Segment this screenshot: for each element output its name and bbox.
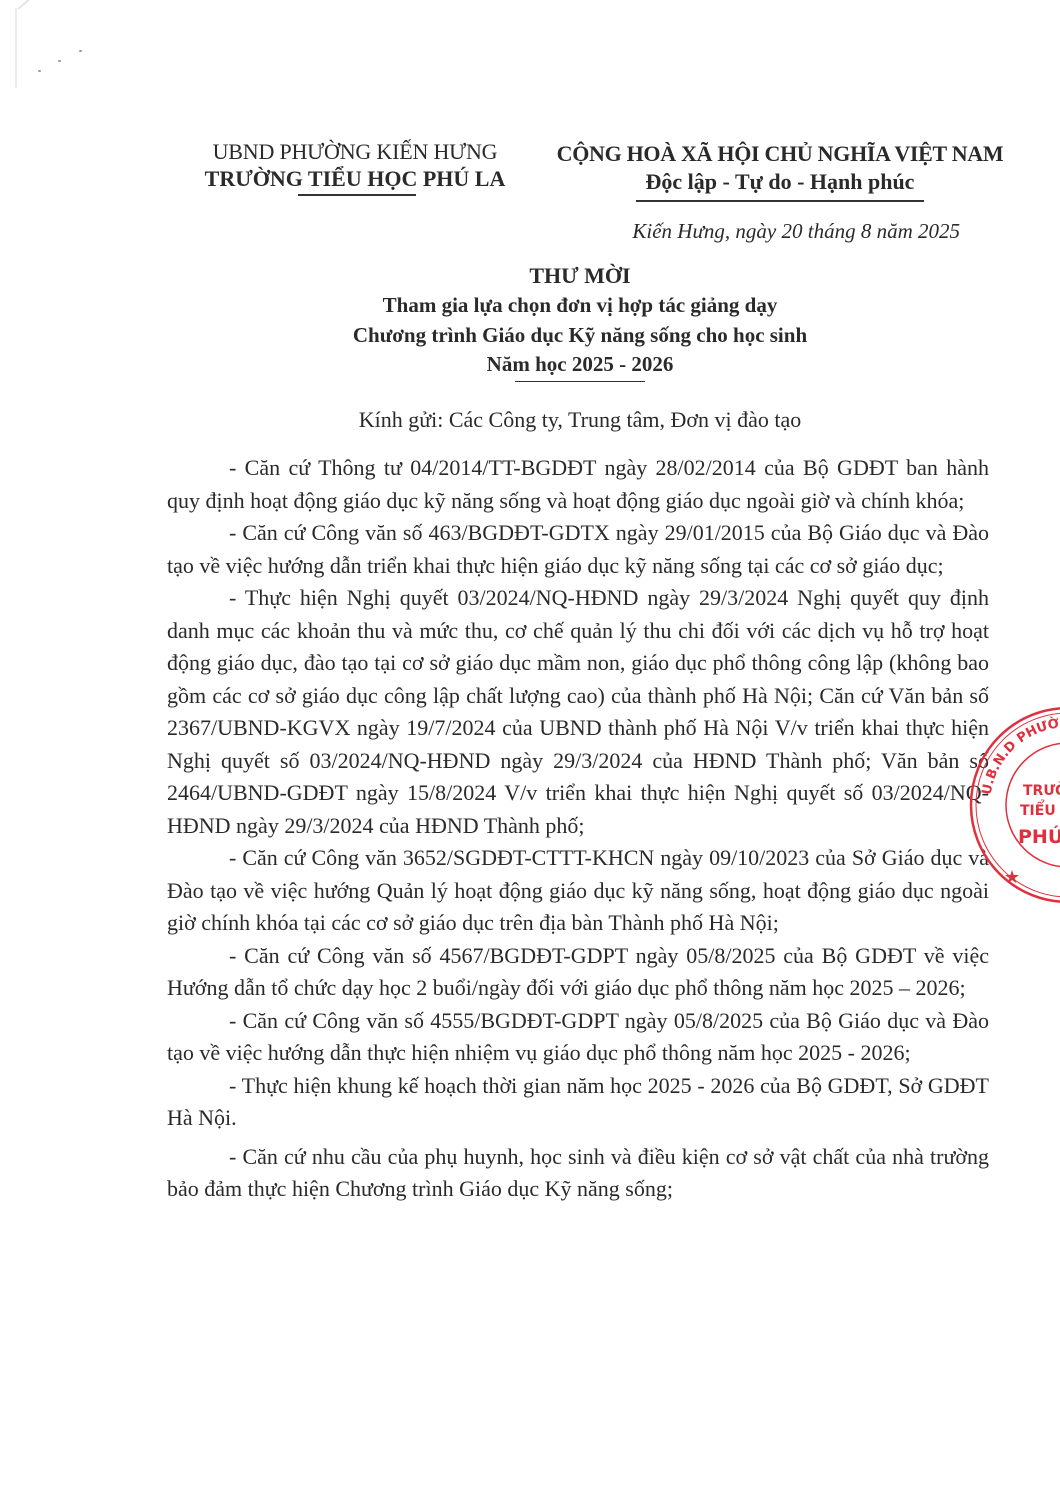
- body-paragraph: - Thực hiện Nghị quyết 03/2024/NQ-HĐND n…: [167, 582, 989, 842]
- body-paragraph: - Căn cứ Công văn số 4567/BGDĐT-GDPT ngà…: [167, 940, 989, 1005]
- stamp-line-1: TRƯỜ: [1023, 781, 1060, 799]
- title-subtitle-1: Tham gia lựa chọn đơn vị hợp tác giảng d…: [280, 291, 880, 321]
- motto-underline: [636, 200, 924, 202]
- body-paragraph: - Căn cứ nhu cầu của phụ huynh, học sinh…: [167, 1141, 989, 1206]
- scan-speck: [79, 50, 82, 52]
- date-line: Kiến Hưng, ngày 20 tháng 8 năm 2025: [560, 219, 960, 244]
- body-paragraph: - Căn cứ Công văn 3652/SGDĐT-CTTT-KHCN n…: [167, 842, 989, 940]
- body-paragraph: - Căn cứ Công văn số 4555/BGDĐT-GDPT ngà…: [167, 1005, 989, 1070]
- document-body: - Căn cứ Thông tư 04/2014/TT-BGDĐT ngày …: [167, 452, 989, 1206]
- authority-name: UBND PHƯỜNG KIẾN HƯNG: [185, 138, 525, 165]
- title-heading: THƯ MỜI: [280, 261, 880, 291]
- title-underline: [515, 381, 645, 383]
- school-name: TRƯỜNG TIỂU HỌC PHÚ LA: [185, 165, 525, 192]
- national-motto: Độc lập - Tự do - Hạnh phúc: [545, 168, 1015, 196]
- recipient-line: Kính gửi: Các Công ty, Trung tâm, Đơn vị…: [280, 407, 880, 433]
- scan-speck: [58, 60, 61, 62]
- scan-edge: [17, 0, 29, 10]
- star-icon: ★: [1004, 867, 1020, 887]
- body-paragraph: - Thực hiện khung kế hoạch thời gian năm…: [167, 1070, 989, 1135]
- stamp-line-3: PHÚ: [1018, 824, 1060, 848]
- issuing-authority-header: UBND PHƯỜNG KIẾN HƯNG TRƯỜNG TIỂU HỌC PH…: [185, 138, 525, 196]
- document-title: THƯ MỜI Tham gia lựa chọn đơn vị hợp tác…: [280, 261, 880, 382]
- scan-speck: [38, 70, 41, 72]
- stamp-line-2: TIỂU H: [1020, 799, 1060, 819]
- official-seal-stamp: U.B.N.D PHƯỜNG KIẾN TRƯỜ TIỂU H PHÚ ★: [968, 705, 1060, 905]
- scan-edge: [15, 8, 17, 88]
- nation-name: CỘNG HOÀ XÃ HỘI CHỦ NGHĨA VIỆT NAM: [545, 140, 1015, 168]
- header-underline: [298, 194, 416, 196]
- title-subtitle-3: Năm học 2025 - 2026: [280, 350, 880, 380]
- body-paragraph: - Căn cứ Công văn số 463/BGDĐT-GDTX ngày…: [167, 517, 989, 582]
- title-subtitle-2: Chương trình Giáo dục Kỹ năng sống cho h…: [280, 321, 880, 351]
- national-header: CỘNG HOÀ XÃ HỘI CHỦ NGHĨA VIỆT NAM Độc l…: [545, 140, 1015, 202]
- body-paragraph: - Căn cứ Thông tư 04/2014/TT-BGDĐT ngày …: [167, 452, 989, 517]
